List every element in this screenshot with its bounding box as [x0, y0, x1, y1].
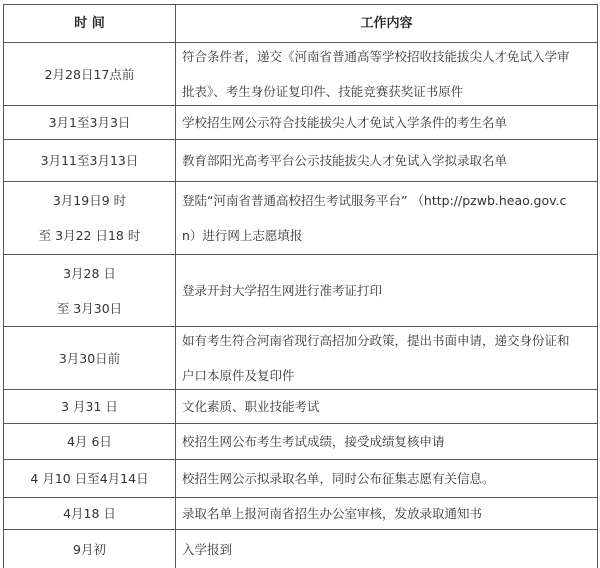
content-cell: 校招生网公示拟录取名单，同时公布征集志愿有关信息。 — [176, 460, 598, 498]
table-row: 2月28日17点前 符合条件者，递交《河南省普通高等学校招收技能拔尖人才免试入学… — [4, 43, 598, 106]
time-cell: 3月11至3月13日 — [4, 140, 176, 182]
table-header-row: 时 间 工作内容 — [4, 5, 598, 43]
schedule-table: 时 间 工作内容 2月28日17点前 符合条件者，递交《河南省普通高等学校招收技… — [3, 4, 598, 568]
time-text: 4月18 日 — [10, 500, 169, 527]
content-cell: 如有考生符合河南省现行高招加分政策，提出书面申请，递交身份证和 户口本原件及复印… — [176, 327, 598, 390]
table-row: 4月18 日 录取名单上报河南省招生办公室审核，发放录取通知书 — [4, 498, 598, 530]
content-text: 如有考生符合河南省现行高招加分政策，提出书面申请，递交身份证和 — [182, 327, 591, 354]
content-text: 文化素质、职业技能考试 — [182, 393, 591, 420]
time-text: 9月初 — [10, 536, 169, 563]
table-row: 3 月31 日 文化素质、职业技能考试 — [4, 390, 598, 424]
content-cell: 学校招生网公示符合技能拔尖人才免试入学条件的考生名单 — [176, 106, 598, 140]
content-text: 符合条件者，递交《河南省普通高等学校招收技能拔尖人才免试入学审 — [182, 43, 591, 70]
time-text: 3月1至3月3日 — [10, 109, 169, 136]
time-text: 3月19日9 时 — [10, 187, 169, 214]
content-text: 入学报到 — [182, 536, 591, 563]
content-cell: 符合条件者，递交《河南省普通高等学校招收技能拔尖人才免试入学审 批表》、考生身份… — [176, 43, 598, 106]
time-text: 3月11至3月13日 — [10, 147, 169, 174]
content-text: 登陆“河南省普通高校招生考试服务平台” （http://pzwb.heao.go… — [182, 187, 591, 214]
content-text: n）进行网上志愿填报 — [182, 222, 591, 249]
time-cell: 9月初 — [4, 530, 176, 568]
content-text: 登录开封大学招生网进行准考证打印 — [182, 277, 591, 304]
time-text: 3月28 日 — [10, 260, 169, 287]
time-cell: 3月19日9 时 至 3月22 日18 时 — [4, 182, 176, 255]
content-text: 校招生网公示拟录取名单，同时公布征集志愿有关信息。 — [182, 465, 591, 492]
content-text: 录取名单上报河南省招生办公室审核，发放录取通知书 — [182, 500, 591, 527]
content-text: 校招生网公布考生考试成绩，接受成绩复核申请 — [182, 428, 591, 455]
time-cell: 2月28日17点前 — [4, 43, 176, 106]
table-row: 4月 6日 校招生网公布考生考试成绩，接受成绩复核申请 — [4, 424, 598, 460]
time-text: 4月 6日 — [10, 428, 169, 455]
table-row: 9月初 入学报到 — [4, 530, 598, 568]
table-row: 3月19日9 时 至 3月22 日18 时 登陆“河南省普通高校招生考试服务平台… — [4, 182, 598, 255]
time-cell: 3月30日前 — [4, 327, 176, 390]
content-text: 户口本原件及复印件 — [182, 362, 591, 389]
table-row: 3月1至3月3日 学校招生网公示符合技能拔尖人才免试入学条件的考生名单 — [4, 106, 598, 140]
time-cell: 3月1至3月3日 — [4, 106, 176, 140]
time-text: 2月28日17点前 — [10, 61, 169, 88]
time-cell: 4月 6日 — [4, 424, 176, 460]
time-text: 3 月31 日 — [10, 393, 169, 420]
time-cell: 4 月10 日至4月14日 — [4, 460, 176, 498]
content-cell: 登录开封大学招生网进行准考证打印 — [176, 255, 598, 327]
time-text: 4 月10 日至4月14日 — [10, 465, 169, 492]
header-time: 时 间 — [4, 5, 176, 43]
time-text: 3月30日前 — [10, 345, 169, 372]
time-text: 至 3月22 日18 时 — [10, 222, 169, 249]
content-cell: 文化素质、职业技能考试 — [176, 390, 598, 424]
content-cell: 入学报到 — [176, 530, 598, 568]
table-row: 4 月10 日至4月14日 校招生网公示拟录取名单，同时公布征集志愿有关信息。 — [4, 460, 598, 498]
time-cell: 4月18 日 — [4, 498, 176, 530]
content-cell: 录取名单上报河南省招生办公室审核，发放录取通知书 — [176, 498, 598, 530]
content-cell: 校招生网公布考生考试成绩，接受成绩复核申请 — [176, 424, 598, 460]
time-cell: 3月28 日 至 3月30日 — [4, 255, 176, 327]
table-row: 3月30日前 如有考生符合河南省现行高招加分政策，提出书面申请，递交身份证和 户… — [4, 327, 598, 390]
content-cell: 教育部阳光高考平台公示技能拔尖人才免试入学拟录取名单 — [176, 140, 598, 182]
time-text: 至 3月30日 — [10, 295, 169, 322]
content-text: 学校招生网公示符合技能拔尖人才免试入学条件的考生名单 — [182, 109, 591, 136]
content-text: 教育部阳光高考平台公示技能拔尖人才免试入学拟录取名单 — [182, 147, 591, 174]
content-cell: 登陆“河南省普通高校招生考试服务平台” （http://pzwb.heao.go… — [176, 182, 598, 255]
table-row: 3月28 日 至 3月30日 登录开封大学招生网进行准考证打印 — [4, 255, 598, 327]
time-cell: 3 月31 日 — [4, 390, 176, 424]
table-row: 3月11至3月13日 教育部阳光高考平台公示技能拔尖人才免试入学拟录取名单 — [4, 140, 598, 182]
content-text: 批表》、考生身份证复印件、技能竞赛获奖证书原件 — [182, 78, 591, 105]
header-content: 工作内容 — [176, 5, 598, 43]
